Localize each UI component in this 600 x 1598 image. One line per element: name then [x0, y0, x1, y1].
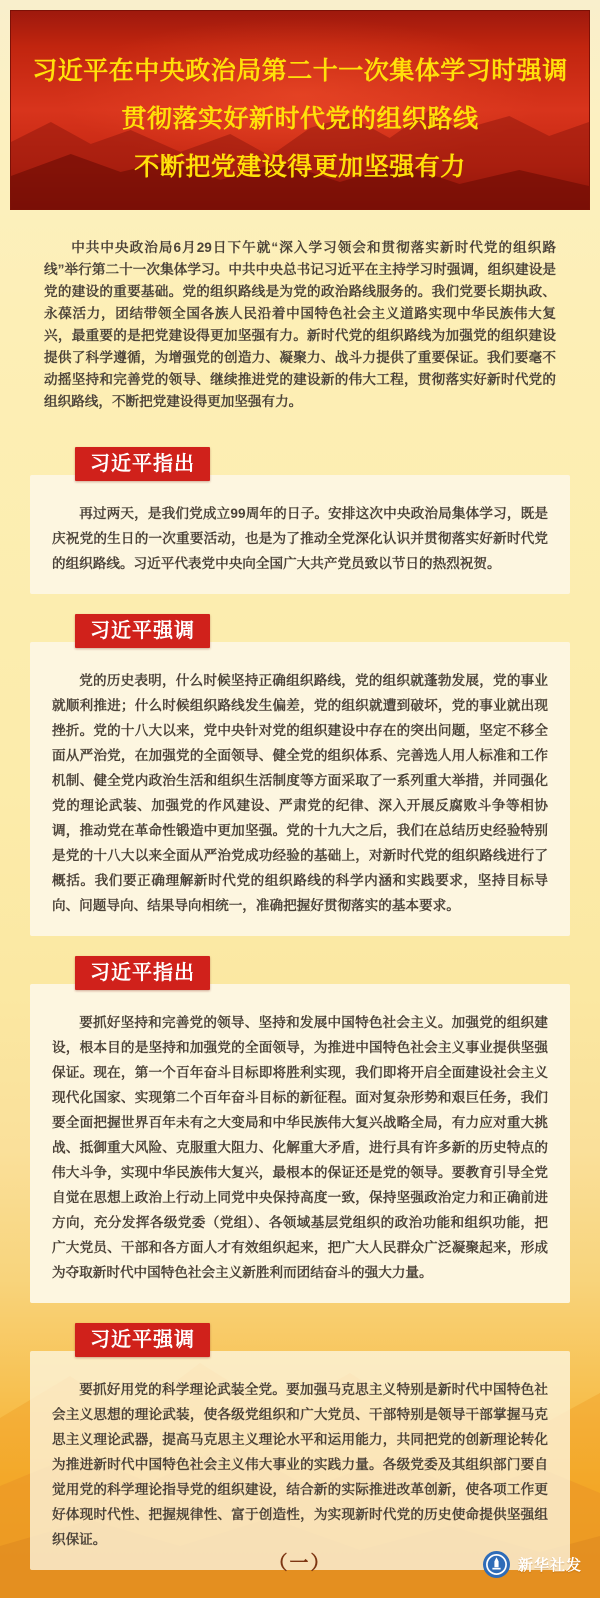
footer: （一） 新华社发 [0, 1546, 600, 1582]
page-number: （一） [268, 1546, 331, 1582]
xinhua-logo-icon [483, 1551, 510, 1578]
quote-card: 党的历史表明，什么时候坚持正确组织路线，党的组织就蓬勃发展，党的事业就顺利推进；… [30, 642, 570, 936]
intro-paragraph: 中共中央政治局6月29日下午就“深入学习领会和贯彻落实新时代党的组织路线”举行第… [0, 210, 600, 427]
header-banner: 习近平在中央政治局第二十一次集体学习时强调 贯彻落实好新时代党的组织路线 不断把… [10, 10, 590, 210]
headline-line-2: 贯彻落实好新时代党的组织路线 [11, 95, 589, 143]
quote-text: 再过两天，是我们党成立99周年的日子。安排这次中央政治局集体学习，既是庆祝党的生… [52, 501, 548, 576]
credit-label: 新华社发 [518, 1554, 582, 1575]
speaker-badge: 习近平强调 [75, 614, 210, 648]
poster: 习近平在中央政治局第二十一次集体学习时强调 贯彻落实好新时代党的组织路线 不断把… [0, 0, 600, 1598]
speaker-badge: 习近平强调 [75, 1323, 210, 1357]
quote-section-4: 习近平强调 要抓好用党的科学理论武装全党。要加强马克思主义特别是新时代中国特色社… [30, 1323, 570, 1570]
poster-content: 习近平在中央政治局第二十一次集体学习时强调 贯彻落实好新时代党的组织路线 不断把… [0, 10, 600, 1570]
headline-line-1: 习近平在中央政治局第二十一次集体学习时强调 [11, 47, 589, 95]
quote-section-2: 习近平强调 党的历史表明，什么时候坚持正确组织路线，党的组织就蓬勃发展，党的事业… [30, 614, 570, 936]
quote-card: 要抓好用党的科学理论武装全党。要加强马克思主义特别是新时代中国特色社会主义思想的… [30, 1351, 570, 1570]
headline-line-3: 不断把党建设得更加坚强有力 [11, 143, 589, 191]
headline-block: 习近平在中央政治局第二十一次集体学习时强调 贯彻落实好新时代党的组织路线 不断把… [11, 11, 589, 191]
agency-credit: 新华社发 [483, 1546, 582, 1582]
quote-section-3: 习近平指出 要抓好坚持和完善党的领导、坚持和发展中国特色社会主义。加强党的组织建… [30, 956, 570, 1303]
quote-card: 要抓好坚持和完善党的领导、坚持和发展中国特色社会主义。加强党的组织建设，根本目的… [30, 984, 570, 1303]
quote-text: 党的历史表明，什么时候坚持正确组织路线，党的组织就蓬勃发展，党的事业就顺利推进；… [52, 668, 548, 918]
quote-section-1: 习近平指出 再过两天，是我们党成立99周年的日子。安排这次中央政治局集体学习，既… [30, 447, 570, 594]
speaker-badge: 习近平指出 [75, 956, 210, 990]
speaker-badge: 习近平指出 [75, 447, 210, 481]
quote-card: 再过两天，是我们党成立99周年的日子。安排这次中央政治局集体学习，既是庆祝党的生… [30, 475, 570, 594]
quote-text: 要抓好用党的科学理论武装全党。要加强马克思主义特别是新时代中国特色社会主义思想的… [52, 1377, 548, 1552]
quote-text: 要抓好坚持和完善党的领导、坚持和发展中国特色社会主义。加强党的组织建设，根本目的… [52, 1010, 548, 1285]
